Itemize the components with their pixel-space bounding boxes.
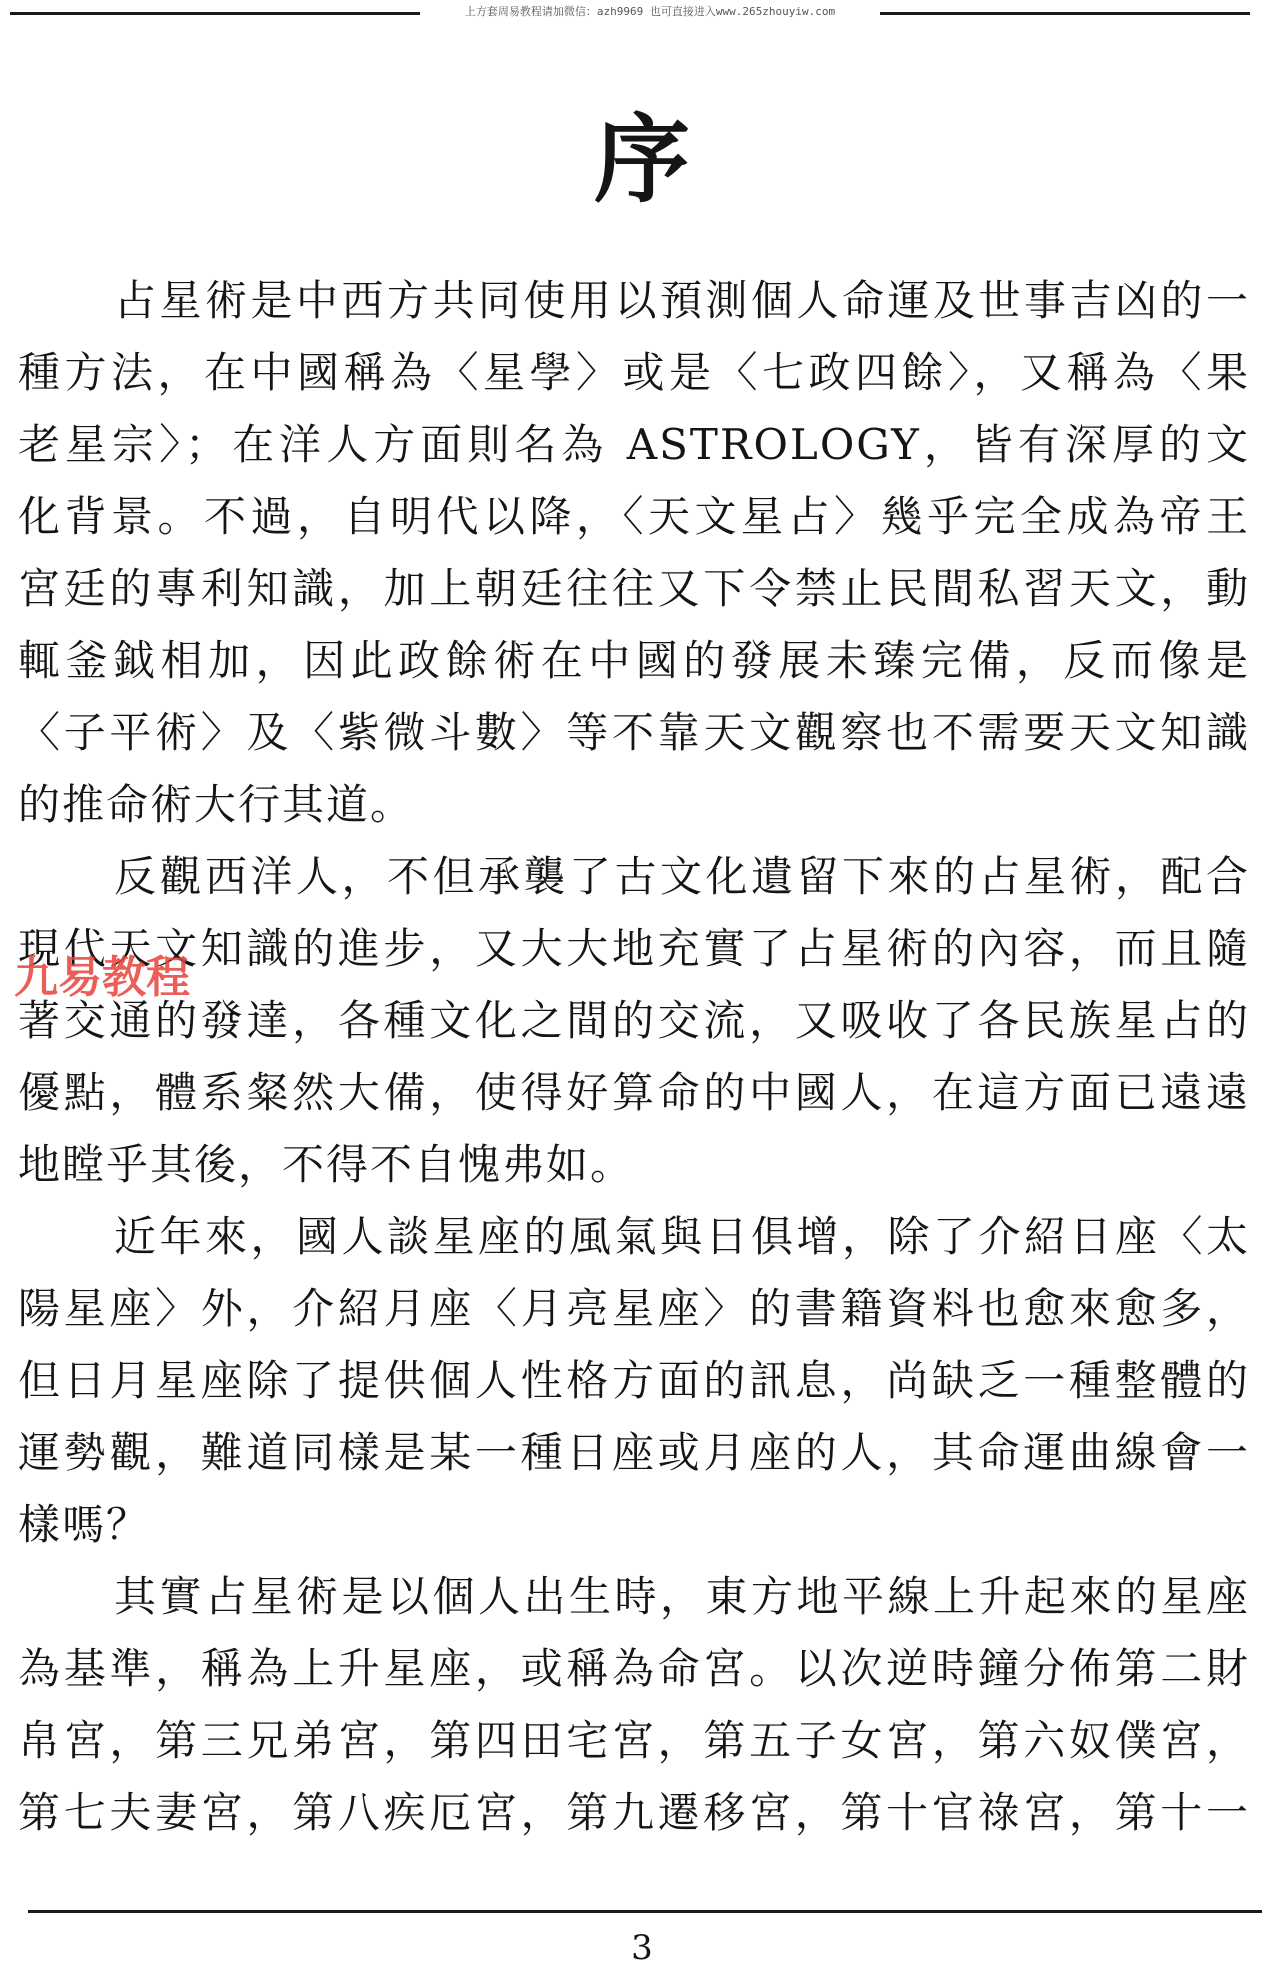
text-line: 樣嗎？ [18,1489,1250,1561]
text-line: 其實占星術是以個人出生時，東方地平線上升起來的星座 [18,1561,1250,1633]
text-line: 的推命術大行其道。 [18,769,1250,841]
text-line: 現代天文知識的進步，又大大地充實了占星術的內容，而且隨 [18,913,1250,985]
watermark: 九易教程 [14,952,190,1004]
text-line: 第七夫妻宮，第八疾厄宮，第九遷移宮，第十官祿宮，第十一 [18,1777,1250,1849]
text-line: 陽星座〉外，介紹月座〈月亮星座〉的書籍資料也愈來愈多， [18,1273,1250,1345]
text-line: 輒釜鉞相加，因此政餘術在中國的發展未臻完備，反而像是 [18,625,1250,697]
bottom-rule [28,1910,1262,1913]
text-line: 〈子平術〉及〈紫微斗數〉等不靠天文觀察也不需要天文知識 [18,697,1250,769]
text-line: 帛宮，第三兄弟宮，第四田宅宮，第五子女宮，第六奴僕宮， [18,1705,1250,1777]
text-line: 優點，體系粲然大備，使得好算命的中國人，在這方面已遠遠 [18,1057,1250,1129]
text-line: 種方法，在中國稱為〈星學〉或是〈七政四餘〉，又稱為〈果 [18,337,1250,409]
text-line: 宮廷的專利知識，加上朝廷往往又下令禁止民間私習天文，動 [18,553,1250,625]
text-line: 但日月星座除了提供個人性格方面的訊息，尚缺乏一種整體的 [18,1345,1250,1417]
text-line: 化背景。不過，自明代以降，〈天文星占〉幾乎完全成為帝王 [18,481,1250,553]
header-note: 上方套周易教程请加微信：azh9969 也可直接进入www.265zhouyiw… [420,3,880,21]
text-line: 著交通的發達，各種文化之間的交流，又吸收了各民族星占的 [18,985,1250,1057]
text-line: 為基準，稱為上升星座，或稱為命宮。以次逆時鐘分佈第二財 [18,1633,1250,1705]
text-line: 地瞠乎其後，不得不自愧弗如。 [18,1129,1250,1201]
page-title: 序 [0,100,1284,220]
text-line: 占星術是中西方共同使用以預測個人命運及世事吉凶的一 [18,265,1250,337]
text-line: 運勢觀，難道同樣是某一種日座或月座的人，其命運曲線會一 [18,1417,1250,1489]
text-line: 老星宗〉；在洋人方面則名為 ASTROLOGY，皆有深厚的文 [18,409,1250,481]
text-line: 近年來，國人談星座的風氣與日俱增，除了介紹日座〈太 [18,1201,1250,1273]
body-text: 占星術是中西方共同使用以預測個人命運及世事吉凶的一 種方法，在中國稱為〈星學〉或… [18,265,1250,1849]
page-number: 3 [0,1928,1284,1968]
text-line: 反觀西洋人，不但承襲了古文化遺留下來的占星術，配合 [18,841,1250,913]
